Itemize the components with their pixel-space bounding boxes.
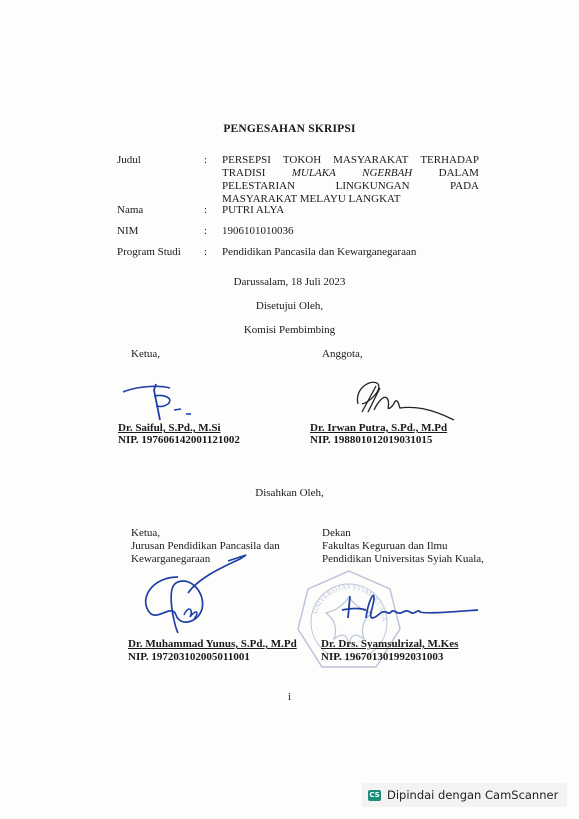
nama-separator: : [204, 204, 207, 216]
official-left-nip: NIP. 197203102005011001 [128, 651, 250, 663]
judul-word: PERSEPSI [222, 154, 271, 166]
document-title: PENGESAHAN SKRIPSI [0, 123, 579, 135]
advisor-left-nip: NIP. 197606142001121002 [118, 434, 240, 446]
judul-label: Judul [117, 154, 141, 166]
judul-word: LINGKUNGAN [336, 180, 410, 192]
committee-title: Komisi Pembimbing [0, 324, 579, 336]
camscanner-icon: CS [368, 790, 381, 801]
signature-irwan [350, 374, 460, 426]
camscanner-label: Dipindai dengan CamScanner [387, 788, 558, 802]
official-left-role-1: Ketua, [131, 527, 160, 539]
official-right-role-1: Dekan [322, 527, 351, 539]
place-date: Darussalam, 18 Juli 2023 [0, 276, 579, 288]
advisor-right-name: Dr. Irwan Putra, S.Pd., M.Pd [310, 422, 447, 434]
document-page: PENGESAHAN SKRIPSI Judul : PERSEPSITOKOH… [0, 0, 579, 819]
judul-line: PERSEPSITOKOHMASYARAKATTERHADAP [222, 154, 479, 166]
official-right-role-3: Pendidikan Universitas Syiah Kuala, [322, 553, 484, 565]
judul-word: PADA [450, 180, 479, 192]
nama-label: Nama [117, 204, 143, 216]
ratified-by: Disahkan Oleh, [0, 487, 579, 499]
camscanner-watermark: CS Dipindai dengan CamScanner [362, 783, 567, 807]
signature-syamsulrizal [340, 588, 480, 628]
nim-separator: : [204, 225, 207, 237]
judul-word: MULAKA [292, 167, 336, 179]
judul-line: PELESTARIANLINGKUNGANPADA [222, 180, 479, 192]
official-left-name: Dr. Muhammad Yunus, S.Pd., M.Pd [128, 638, 297, 650]
judul-word: PELESTARIAN [222, 180, 295, 192]
judul-line: TRADISIMULAKANGERBAHDALAM [222, 167, 479, 179]
advisor-left-role: Ketua, [131, 348, 160, 360]
nim-value: 1906101010036 [222, 225, 294, 237]
advisor-left-name: Dr. Saiful, S.Pd., M.Si [118, 422, 221, 434]
official-right-name: Dr. Drs. Syamsulrizal, M.Kes [321, 638, 458, 650]
page-number: i [0, 691, 579, 703]
judul-word: MASYARAKAT [333, 154, 408, 166]
nim-label: NIM [117, 225, 138, 237]
advisor-right-role: Anggota, [322, 348, 363, 360]
approved-by: Disetujui Oleh, [0, 300, 579, 312]
advisor-right-nip: NIP. 198801012019031015 [310, 434, 432, 446]
official-right-nip: NIP. 196701301992031003 [321, 651, 443, 663]
judul-word: NGERBAH [362, 167, 412, 179]
prodi-label: Program Studi [117, 246, 181, 258]
official-left-role-2: Jurusan Pendidikan Pancasila dan [131, 540, 280, 552]
nama-value: PUTRI ALYA [222, 204, 284, 216]
signature-yunus [128, 553, 278, 643]
judul-separator: : [204, 154, 207, 166]
judul-word: TERHADAP [420, 154, 479, 166]
official-right-role-2: Fakultas Keguruan dan Ilmu [322, 540, 448, 552]
judul-word: DALAM [439, 167, 479, 179]
prodi-value: Pendidikan Pancasila dan Kewarganegaraan [222, 246, 416, 258]
judul-word: TRADISI [222, 167, 265, 179]
judul-word: TOKOH [283, 154, 321, 166]
prodi-separator: : [204, 246, 207, 258]
